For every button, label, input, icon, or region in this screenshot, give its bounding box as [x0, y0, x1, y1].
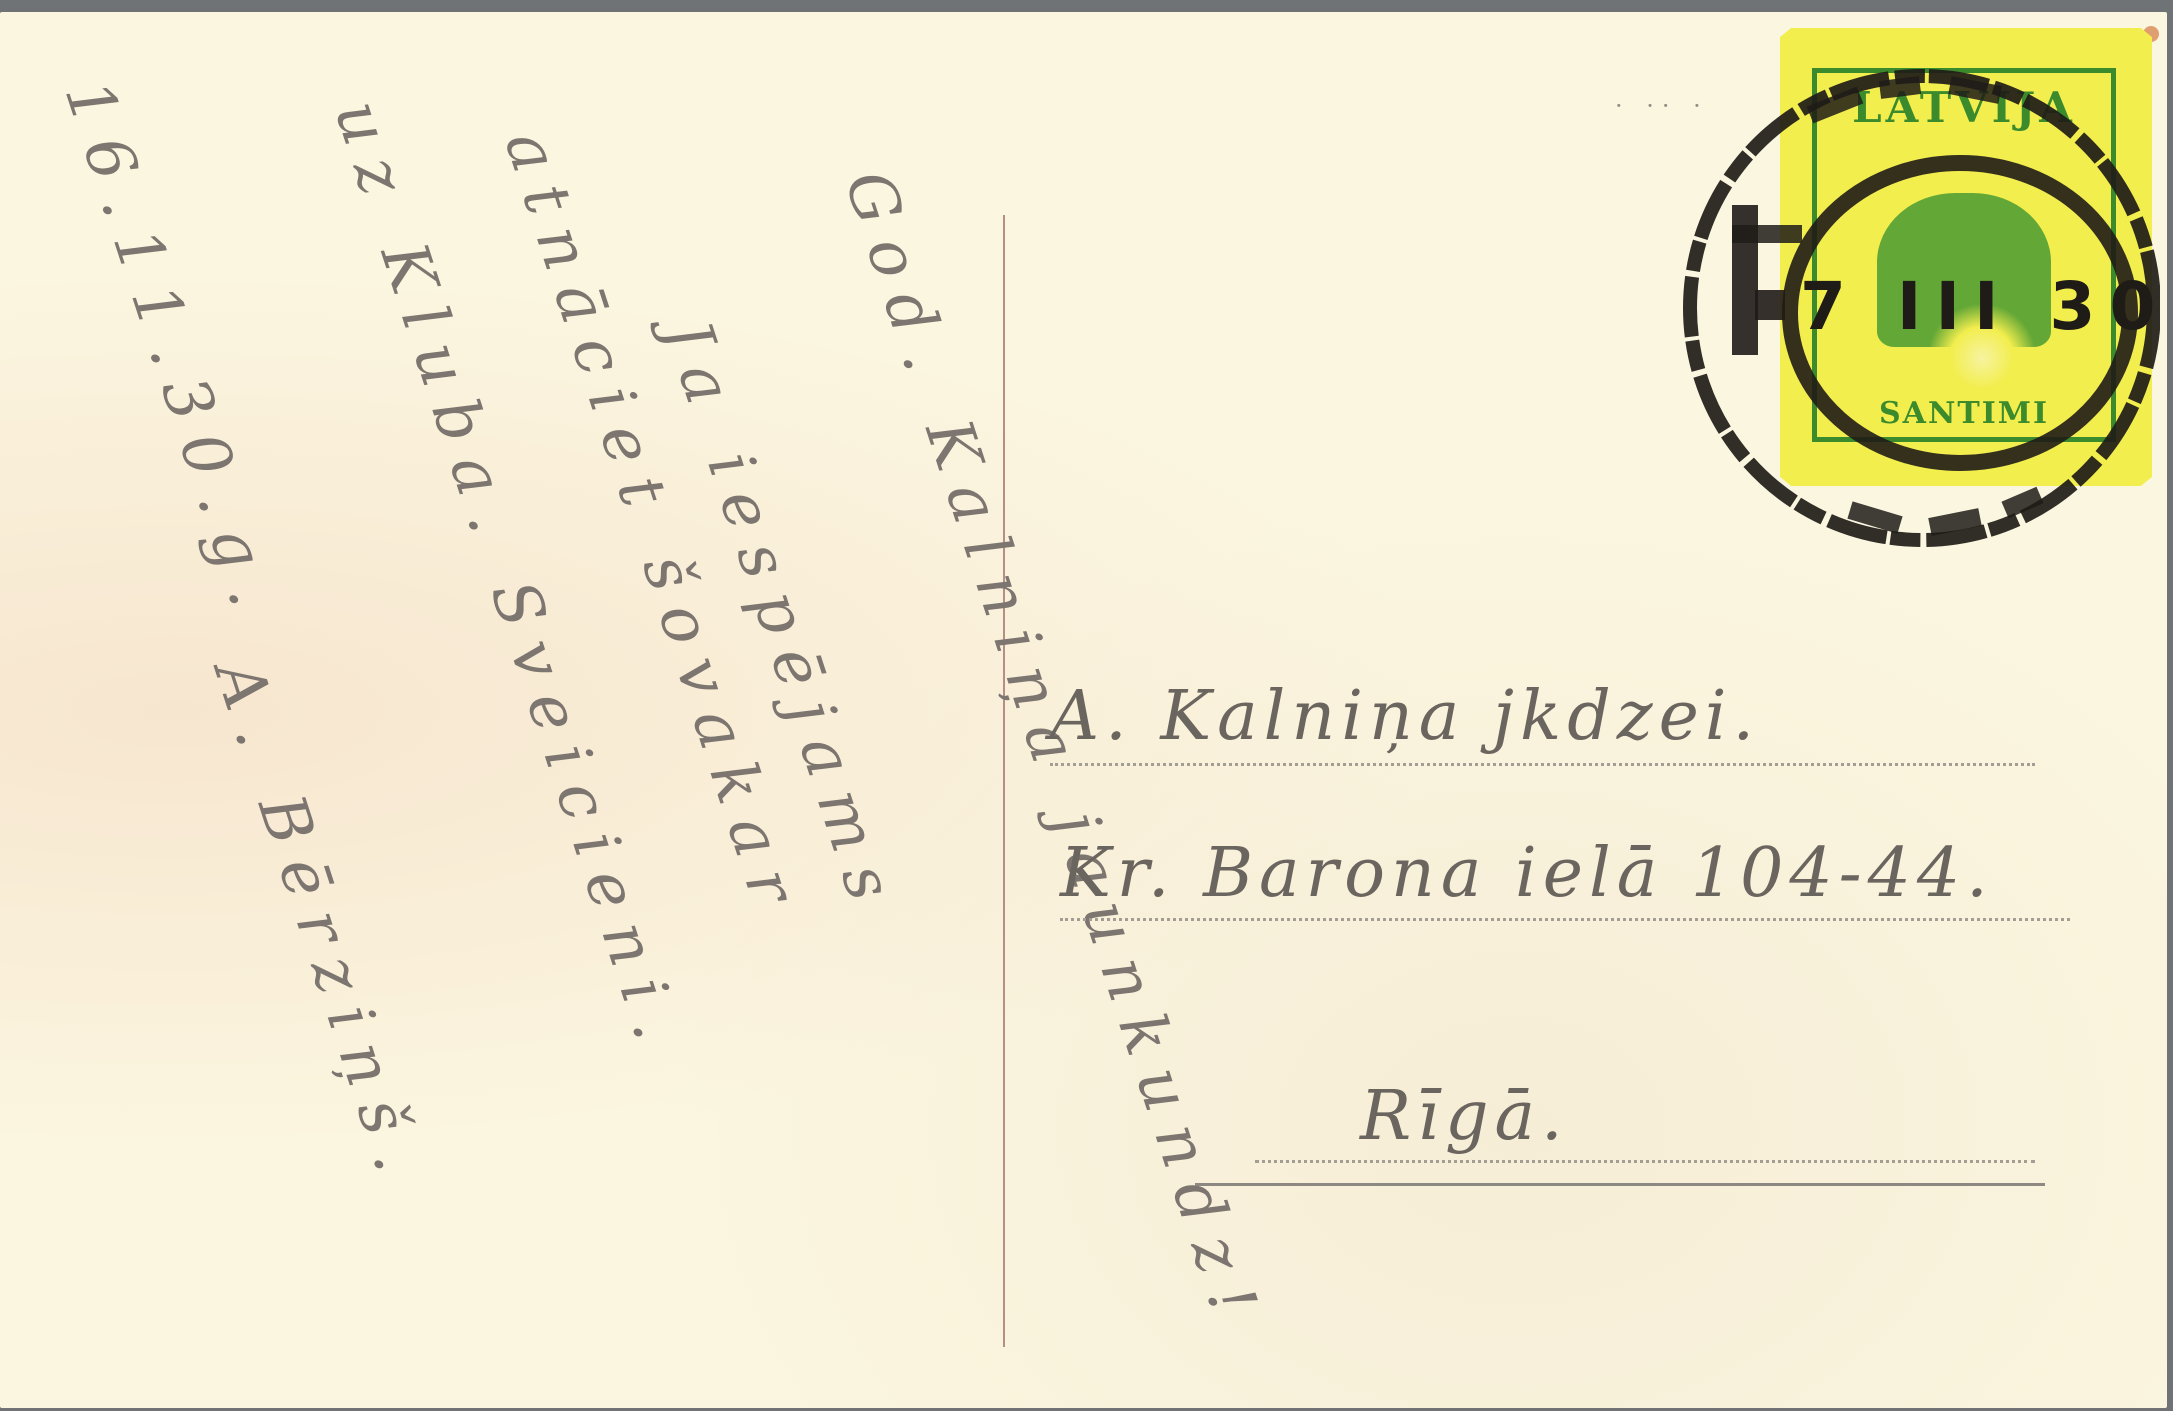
postmark-date: 7 III 30 [1800, 268, 2169, 345]
address-recipient: A. Kalniņa jkdzei. [1050, 677, 1760, 756]
postage-stamp: LATVIJA SANTIMI [1780, 28, 2152, 486]
address-street: Kr. Barona ielā 104-44. [1060, 834, 1994, 913]
address-underline [1195, 1183, 2045, 1186]
center-divider-line [1003, 215, 1005, 1347]
message-date: 16.11.30.g. [50, 72, 295, 632]
stamp-denomination: SANTIMI [1817, 396, 2111, 431]
address-dotted-line-2 [1060, 918, 2070, 921]
address-dotted-line-1 [1050, 763, 2035, 766]
stamp-frame: LATVIJA SANTIMI [1812, 68, 2116, 442]
message-signature: A. Bērziņš. [200, 652, 440, 1197]
stamp-country-label: LATVIJA [1817, 83, 2111, 132]
address-dotted-line-3 [1255, 1160, 2035, 1163]
address-city: Rīgā. [1360, 1077, 1569, 1156]
ink-specks: · ·· · [1615, 92, 1709, 120]
